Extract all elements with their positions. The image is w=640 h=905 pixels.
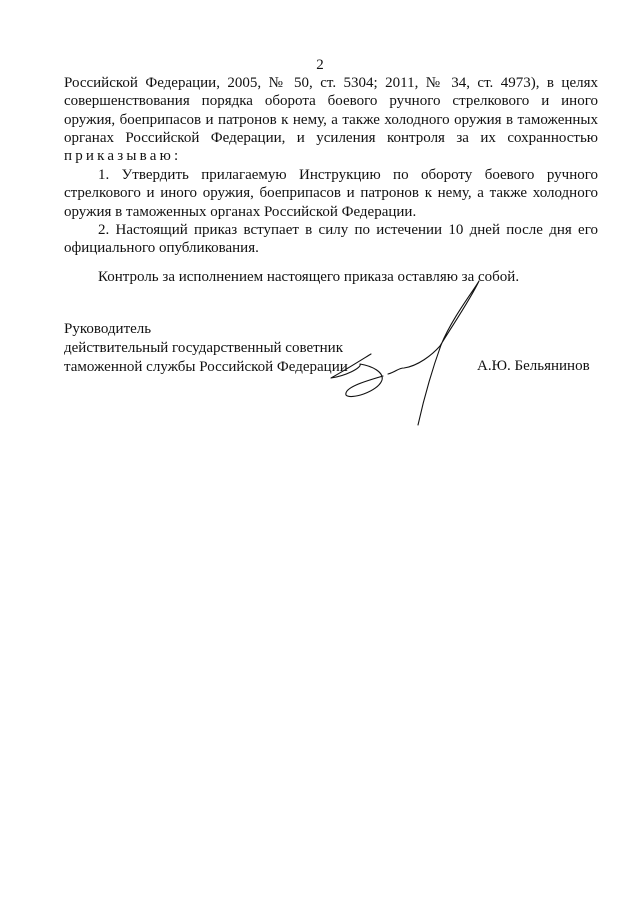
preamble-line: оружия, боеприпасов и патронов к нему, а… <box>64 111 598 129</box>
preamble-paragraph: Российской Федерации, 2005, № 50, ст. 53… <box>64 74 598 165</box>
signatory-title-line: таможенной службы Российской Федерации <box>64 358 348 377</box>
preamble-line: совершенствования порядка оборота боевог… <box>64 92 598 110</box>
order-word: приказываю: <box>64 147 598 165</box>
document-page: 2 Российской Федерации, 2005, № 50, ст. … <box>0 0 640 905</box>
preamble-line: Российской Федерации, 2005, № 50, ст. 53… <box>64 74 598 92</box>
item-line: официального опубликования. <box>64 239 598 257</box>
control-paragraph: Контроль за исполнением настоящего прика… <box>64 268 598 286</box>
signatory-name: А.Ю. Бельянинов <box>477 358 590 375</box>
control-text: Контроль за исполнением настоящего прика… <box>64 268 598 286</box>
item-line: 1. Утвердить прилагаемую Инструкцию по о… <box>64 166 598 184</box>
item-line: стрелкового и иного оружия, боеприпасов … <box>64 184 598 202</box>
order-item-1: 1. Утвердить прилагаемую Инструкцию по о… <box>64 166 598 221</box>
page-number: 2 <box>0 57 640 74</box>
item-line: оружия в таможенных органах Российской Ф… <box>64 203 598 221</box>
signatory-title-line: Руководитель <box>64 320 348 339</box>
signatory-title-line: действительный государственный советник <box>64 339 348 358</box>
preamble-line: органах Российской Федерации, и усиления… <box>64 129 598 147</box>
item-line: 2. Настоящий приказ вступает в силу по и… <box>64 221 598 239</box>
signatory-title: Руководитель действительный государствен… <box>64 320 348 377</box>
order-item-2: 2. Настоящий приказ вступает в силу по и… <box>64 221 598 258</box>
